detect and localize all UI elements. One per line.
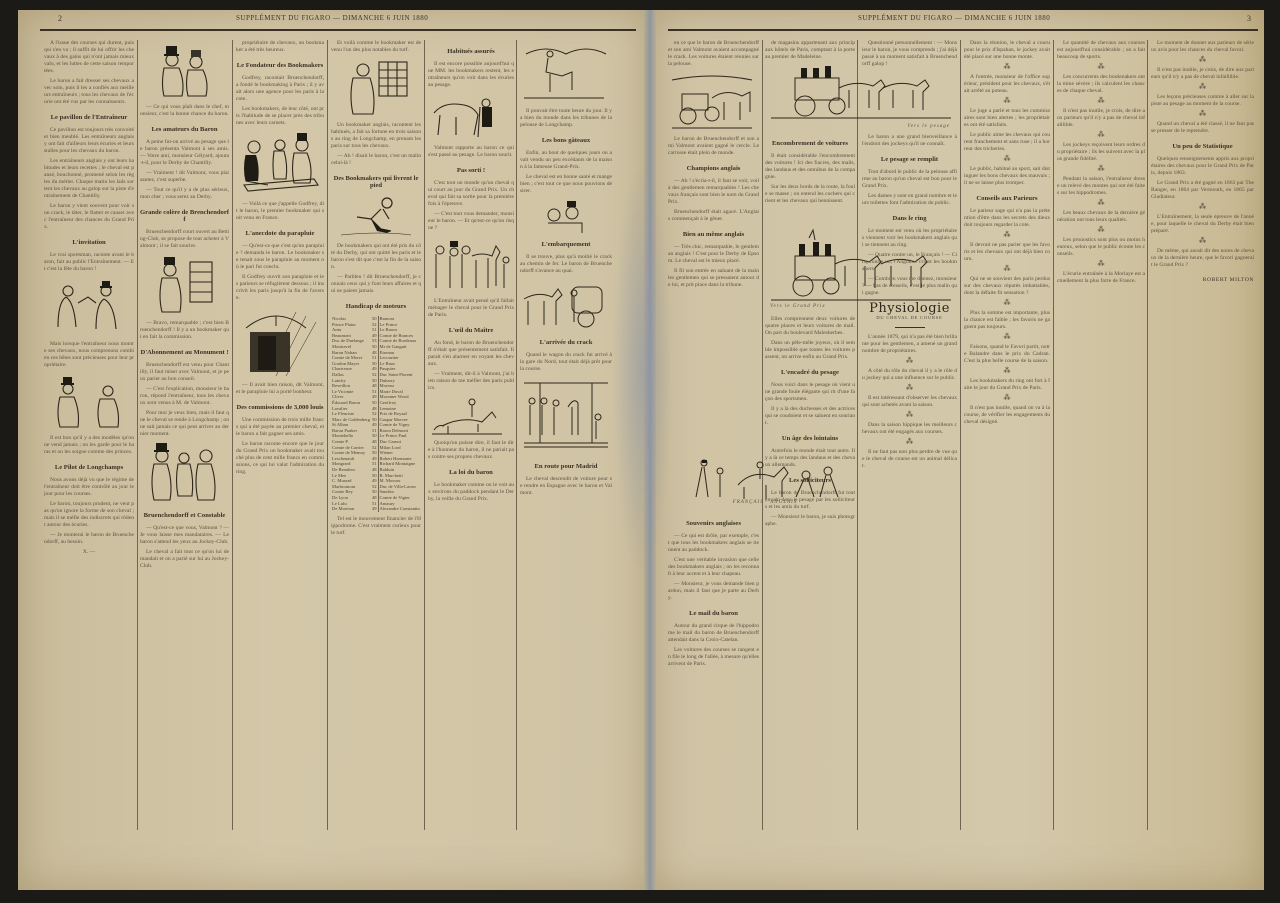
article-paragraph: Le baron a une grand bienveillance à l'e… xyxy=(862,134,957,148)
column-rule xyxy=(516,40,517,830)
asterism-icon: ⁂ xyxy=(1057,227,1145,234)
asterism-icon: ⁂ xyxy=(964,266,1050,273)
article-paragraph: Les leçons précieuses comme à aller sur … xyxy=(1151,94,1254,108)
article-paragraph: Il n'est pas inutile, je crois, de dire … xyxy=(1151,67,1254,81)
feature-paragraph: Il est intéressant d'observer les chevau… xyxy=(862,395,957,409)
asterism-icon: ⁂ xyxy=(1057,261,1145,268)
asterism-icon: ⁂ xyxy=(964,98,1050,105)
article-paragraph: Il devrait ne pas parier que les favoris… xyxy=(964,242,1050,263)
illustration-top-hats xyxy=(140,44,229,100)
handicap-weight: 48 xyxy=(371,439,378,445)
handicap-weight: 49 xyxy=(371,478,378,484)
left-page-number: 2 xyxy=(58,14,62,23)
column-rule xyxy=(137,40,138,830)
article-paragraph: Le moment est venu où les propriétaires … xyxy=(862,228,957,249)
illustration-bookmakers-table xyxy=(236,131,324,197)
article-paragraph: De bookmakers qui ont été pris du côté d… xyxy=(331,243,421,271)
article-paragraph: Le vrai sportsman, raconte avant le baro… xyxy=(44,252,134,273)
article-paragraph: Bruenchendorff est venu pour Chantilly, … xyxy=(140,362,229,383)
asterism-icon: ⁂ xyxy=(964,334,1050,341)
illustration-running-man xyxy=(331,195,421,239)
right-running-head: SUPPLÉMENT DU FIGARO — DIMANCHE 6 JUIN 1… xyxy=(858,14,1050,22)
article-paragraph: Enfin, au bout de quelques jours on avai… xyxy=(520,150,612,171)
table-row: De Moreton49Alexandre Constantin47 xyxy=(331,506,421,512)
section-heading: Le Fondateur des Bookmakers xyxy=(236,62,324,69)
left-running-head: SUPPLÉMENT DU FIGARO — DIMANCHE 6 JUIN 1… xyxy=(236,14,428,22)
article-paragraph: Bruenchendorff court ouvert au Betting-C… xyxy=(140,229,229,250)
article-paragraph: — Très chic, remarquable, le gentleman a… xyxy=(668,244,759,265)
asterism-icon: ⁂ xyxy=(964,300,1050,307)
section-heading: Champions anglais xyxy=(668,165,759,172)
column-rule xyxy=(1053,40,1054,830)
article-paragraph: Une commission de trois mille francs qui… xyxy=(236,417,324,438)
right-column-3-lower: Le baron a une grand bienveillance à l'e… xyxy=(862,134,957,834)
section-heading: Des commissions de 3,000 louis xyxy=(236,404,324,411)
article-paragraph: Nous avons déjà vu que le régime de l'en… xyxy=(44,477,134,498)
illustration-station-platform xyxy=(520,377,612,455)
article-paragraph: Ce pavillon est toujours très convoité e… xyxy=(44,127,134,155)
feature-divider xyxy=(895,327,925,328)
handicap-weight: 52 xyxy=(371,411,378,417)
table-row: De Lyon48Comte de Vigier47 xyxy=(331,495,421,501)
article-paragraph: Dans la réunion, le cheval a couru pour … xyxy=(964,40,1050,61)
feature-paragraph: A côté du rôle du cheval il y a le rôle … xyxy=(862,368,957,382)
article-paragraph: Quand le wagon du crack fut arrivé à la … xyxy=(520,352,612,373)
article-paragraph: Il était considérable l'encombrement des… xyxy=(765,153,855,181)
handicap-table: Nicolas50Brancas45Prince Plator52Le Prin… xyxy=(331,316,421,512)
section-heading: Bien au même anglais xyxy=(668,231,759,238)
asterism-icon: ⁂ xyxy=(1057,200,1145,207)
left-column-4: Et voilà comme le bookmaker est devenu l… xyxy=(331,40,421,840)
handicap-name: De Moreton xyxy=(331,506,371,512)
illustration-umbrella-crowd xyxy=(236,306,324,378)
section-heading: Le Pilot de Longchamps xyxy=(44,464,134,471)
caption-coach-bottom: Vers le Grand Prix xyxy=(770,304,850,309)
article-paragraph: Et voilà comme le bookmaker est devenu l… xyxy=(331,40,421,54)
article-paragraph: Quand un cheval a été classé, il ne faut… xyxy=(1151,121,1254,135)
handicap-name: Alexandre Constantin xyxy=(378,506,421,512)
article-paragraph: Autrefois le monde était tout autre. Il … xyxy=(765,448,855,469)
section-heading: Pas sorti ! xyxy=(428,167,514,174)
left-column-5: Habitués assurés Il est encore possible … xyxy=(428,40,514,840)
article-paragraph: De même, qui aurait dit des noms de chev… xyxy=(1151,248,1254,269)
article-paragraph: Le juge a parlé et tous les commissaires… xyxy=(964,108,1050,129)
asterism-icon: ⁂ xyxy=(1057,132,1145,139)
article-paragraph: Faisons, quand le Favori partit, notre B… xyxy=(964,344,1050,365)
article-paragraph: A peine fut-on arrivé au pesage que le b… xyxy=(140,139,229,167)
section-heading: L'arrivée du crack xyxy=(520,339,612,346)
article-paragraph: Questionné personnellement : — Monsieur … xyxy=(862,40,957,68)
section-heading: La loi du baron xyxy=(428,469,514,476)
column-rule xyxy=(327,40,328,830)
right-column-2-lower: Elles comprennent deux voitures de quatr… xyxy=(765,316,855,846)
article-paragraph: Autour du grand cirque de l'hippodrome l… xyxy=(668,623,759,644)
asterism-icon: ⁂ xyxy=(1151,57,1254,64)
left-column-6: Il pouvait être toute heure du jour. Il … xyxy=(520,40,612,840)
article-paragraph: — Ce qui est drôle, par exemple, c'est q… xyxy=(668,533,759,554)
handicap-weight: 48 xyxy=(371,495,378,501)
section-heading: Le mail du baron xyxy=(668,610,759,617)
handicap-weight: 48 xyxy=(371,383,378,389)
asterism-icon: ⁂ xyxy=(964,156,1050,163)
article-paragraph: Le cheval descendit de voiture pour se r… xyxy=(520,476,612,497)
column-rule xyxy=(762,40,763,830)
left-column-3: propriétaire de chevaux, un bookmaker a … xyxy=(236,40,324,840)
asterism-icon: ⁂ xyxy=(1151,238,1254,245)
illustration-horse-and-cart xyxy=(520,279,612,331)
article-paragraph: — Ah ! s'écria-t-il, il faut se voir, vo… xyxy=(668,178,759,206)
section-heading: Un âge des lointains xyxy=(765,435,855,442)
right-column-6: Le moment de donner aux parieurs de séri… xyxy=(1151,40,1254,840)
article-paragraph: en ce que le baron de Bruenchendorff et … xyxy=(668,40,759,68)
section-heading: Le pavillon de l'Entraîneur xyxy=(44,114,134,121)
column-rule xyxy=(1147,40,1148,830)
author-signature: ROBERT MILTON xyxy=(1151,277,1254,284)
illustration-calendar-man xyxy=(331,58,421,118)
right-column-5: Le quantité de chevaux aux courses est a… xyxy=(1057,40,1145,840)
article-paragraph: Le bookmaker comme on le voit aux enviro… xyxy=(428,482,514,503)
paper-stain xyxy=(612,160,672,580)
column-rule xyxy=(232,40,233,830)
section-heading: En route pour Madrid xyxy=(520,463,612,470)
section-heading: Les solliciteurs xyxy=(765,477,855,484)
feature-title: Physiologie xyxy=(862,305,957,312)
article-paragraph: Il pouvait être toute heure du jour. Il … xyxy=(520,108,612,129)
section-heading: Encombrement de voitures xyxy=(765,140,855,147)
article-paragraph: Godfrey, racontait Bruenchendorff, a fon… xyxy=(236,75,324,103)
section-heading: L'encadré du pesage xyxy=(765,369,855,376)
column-rule xyxy=(424,40,425,830)
handicap-weight: 50 xyxy=(371,316,378,322)
asterism-icon: ⁂ xyxy=(1057,166,1145,173)
article-paragraph: Le quantité de chevaux aux courses est a… xyxy=(1057,40,1145,61)
section-heading: Les bons gâteaux xyxy=(520,137,612,144)
asterism-icon: ⁂ xyxy=(1151,204,1254,211)
handicap-weight: 51 xyxy=(371,355,378,361)
illustration-gentlemen-greeting xyxy=(44,277,134,337)
article-paragraph: Il se trouve, plus qu'à moitié le crack … xyxy=(520,254,612,275)
section-heading: D'Abonnement au Monument ! xyxy=(140,349,229,356)
illustration-man-leading-horse xyxy=(428,93,514,141)
asterism-icon: ⁂ xyxy=(964,64,1050,71)
illustration-two-men xyxy=(44,373,134,431)
illustration-group-with-horse xyxy=(428,236,514,294)
illustration-three-gentlemen xyxy=(140,442,229,504)
column-rule xyxy=(857,40,858,830)
article-paragraph: Elles comprennent deux voitures de quatr… xyxy=(765,316,855,337)
handicap-weight: 49 xyxy=(371,506,378,512)
article-paragraph: Il n'est pas inutile, je crois, de dire … xyxy=(1057,108,1145,129)
section-heading: Le pesage se remplit xyxy=(862,156,957,163)
asterism-icon: ⁂ xyxy=(1151,84,1254,91)
handicap-weight: 52 xyxy=(371,372,378,378)
section-heading: Un peu de Statistique xyxy=(1151,143,1254,150)
feature-paragraph: Dans la saison hippique les meilleurs ch… xyxy=(862,422,957,436)
asterism-icon: ⁂ xyxy=(1057,64,1145,71)
section-heading: Bruenchendorff et Constable xyxy=(140,512,229,519)
section-heading: Conseils aux Parieurs xyxy=(964,195,1050,202)
asterism-icon: ⁂ xyxy=(862,385,957,392)
handicap-weight: 50 xyxy=(371,344,378,350)
section-heading: Les amateurs du Baron xyxy=(140,126,229,133)
asterism-icon: ⁂ xyxy=(862,412,957,419)
asterism-icon: ⁂ xyxy=(964,395,1050,402)
section-heading: Souvenirs anglaises xyxy=(668,520,759,527)
asterism-icon: ⁂ xyxy=(1151,111,1254,118)
left-header-rule xyxy=(40,29,636,31)
article-paragraph: Tel est le mouvement financier de l'Hipp… xyxy=(331,516,421,537)
section-heading: L'anecdote du parapluie xyxy=(236,230,324,237)
article-paragraph: — Qu'est-ce que c'est qu'un parapluie ? … xyxy=(236,243,324,271)
feature-paragraph: Il ne faut pas non plus perdre de vue qu… xyxy=(862,449,957,470)
illustration-two-heads xyxy=(520,199,612,233)
illustration-man-at-board xyxy=(140,254,229,316)
article-paragraph: Le parieur sage qui n'a pas la prétentio… xyxy=(964,208,1050,229)
left-column-1: A l'issue des courses qui durent, puis q… xyxy=(44,40,134,840)
article-paragraph: Quelques renseignements appris aux propr… xyxy=(1151,156,1254,177)
article-paragraph: Le baron de Bruenchendorff fut tout enva… xyxy=(765,490,855,511)
section-heading: Handicap de moteurs xyxy=(331,303,421,310)
feature-paragraph: L'année 1879, qui n'a pas été bien brill… xyxy=(862,334,957,355)
article-paragraph: L'Entraînement, la seule épreuve de l'an… xyxy=(1151,214,1254,235)
illustration-rider-and-dogs xyxy=(428,396,514,436)
article-paragraph: A l'issue des courses qui durent, puis q… xyxy=(44,40,134,75)
asterism-icon: ⁂ xyxy=(1057,98,1145,105)
handicap-weight: 48 xyxy=(371,467,378,473)
article-paragraph: C'est tout un monde qu'un cheval qui cou… xyxy=(428,180,514,208)
right-column-1-lower: Souvenirs anglaises — Ce qui est drôle, … xyxy=(668,512,759,842)
section-heading: L'embarquement xyxy=(520,241,612,248)
section-heading: Dans le ring xyxy=(862,215,957,222)
section-heading: L'invitation xyxy=(44,239,134,246)
article-paragraph: A l'entrée, monsieur de l'office supérie… xyxy=(964,74,1050,95)
article-paragraph: Les bookmakers du ring ont fort à faire … xyxy=(964,378,1050,392)
section-heading: L'œil du Maître xyxy=(428,327,514,334)
footer-mark: X. — xyxy=(44,549,134,556)
section-heading: Habitués assurés xyxy=(428,48,514,55)
asterism-icon: ⁂ xyxy=(862,358,957,365)
illustration-rider-in-woods xyxy=(520,44,612,104)
right-header-rule xyxy=(668,29,1258,31)
handicap-weight: 51 xyxy=(371,327,378,333)
article-paragraph: Au fond, le baron de Bruenchendorff n'ét… xyxy=(428,340,514,368)
asterism-icon: ⁂ xyxy=(964,368,1050,375)
article-paragraph: — Qu'est-ce que vous, Valmont ? — Je vou… xyxy=(140,525,229,546)
column-rule xyxy=(960,40,961,830)
article-paragraph: Nous voici dans le pesage où vient une g… xyxy=(765,382,855,403)
illustration-carriage xyxy=(668,72,759,132)
article-paragraph: Il est encore possible aujourd'hui que M… xyxy=(428,61,514,89)
right-page-number: 3 xyxy=(1247,14,1251,23)
section-heading: Grande colère de Brenchendorff xyxy=(140,209,229,223)
article-paragraph: Tout d'abord le public de la pelouse aff… xyxy=(862,169,957,190)
right-column-4: Dans la réunion, le cheval a couru pour … xyxy=(964,40,1050,840)
asterism-icon: ⁂ xyxy=(964,232,1050,239)
section-heading: Des Bookmakers qui livrent le pied xyxy=(331,175,421,189)
asterism-icon: ⁂ xyxy=(862,439,957,446)
left-column-2: — Ce qui vous plaît dans le chef, monsie… xyxy=(140,40,229,840)
handicap-weight: 50 xyxy=(371,400,378,406)
